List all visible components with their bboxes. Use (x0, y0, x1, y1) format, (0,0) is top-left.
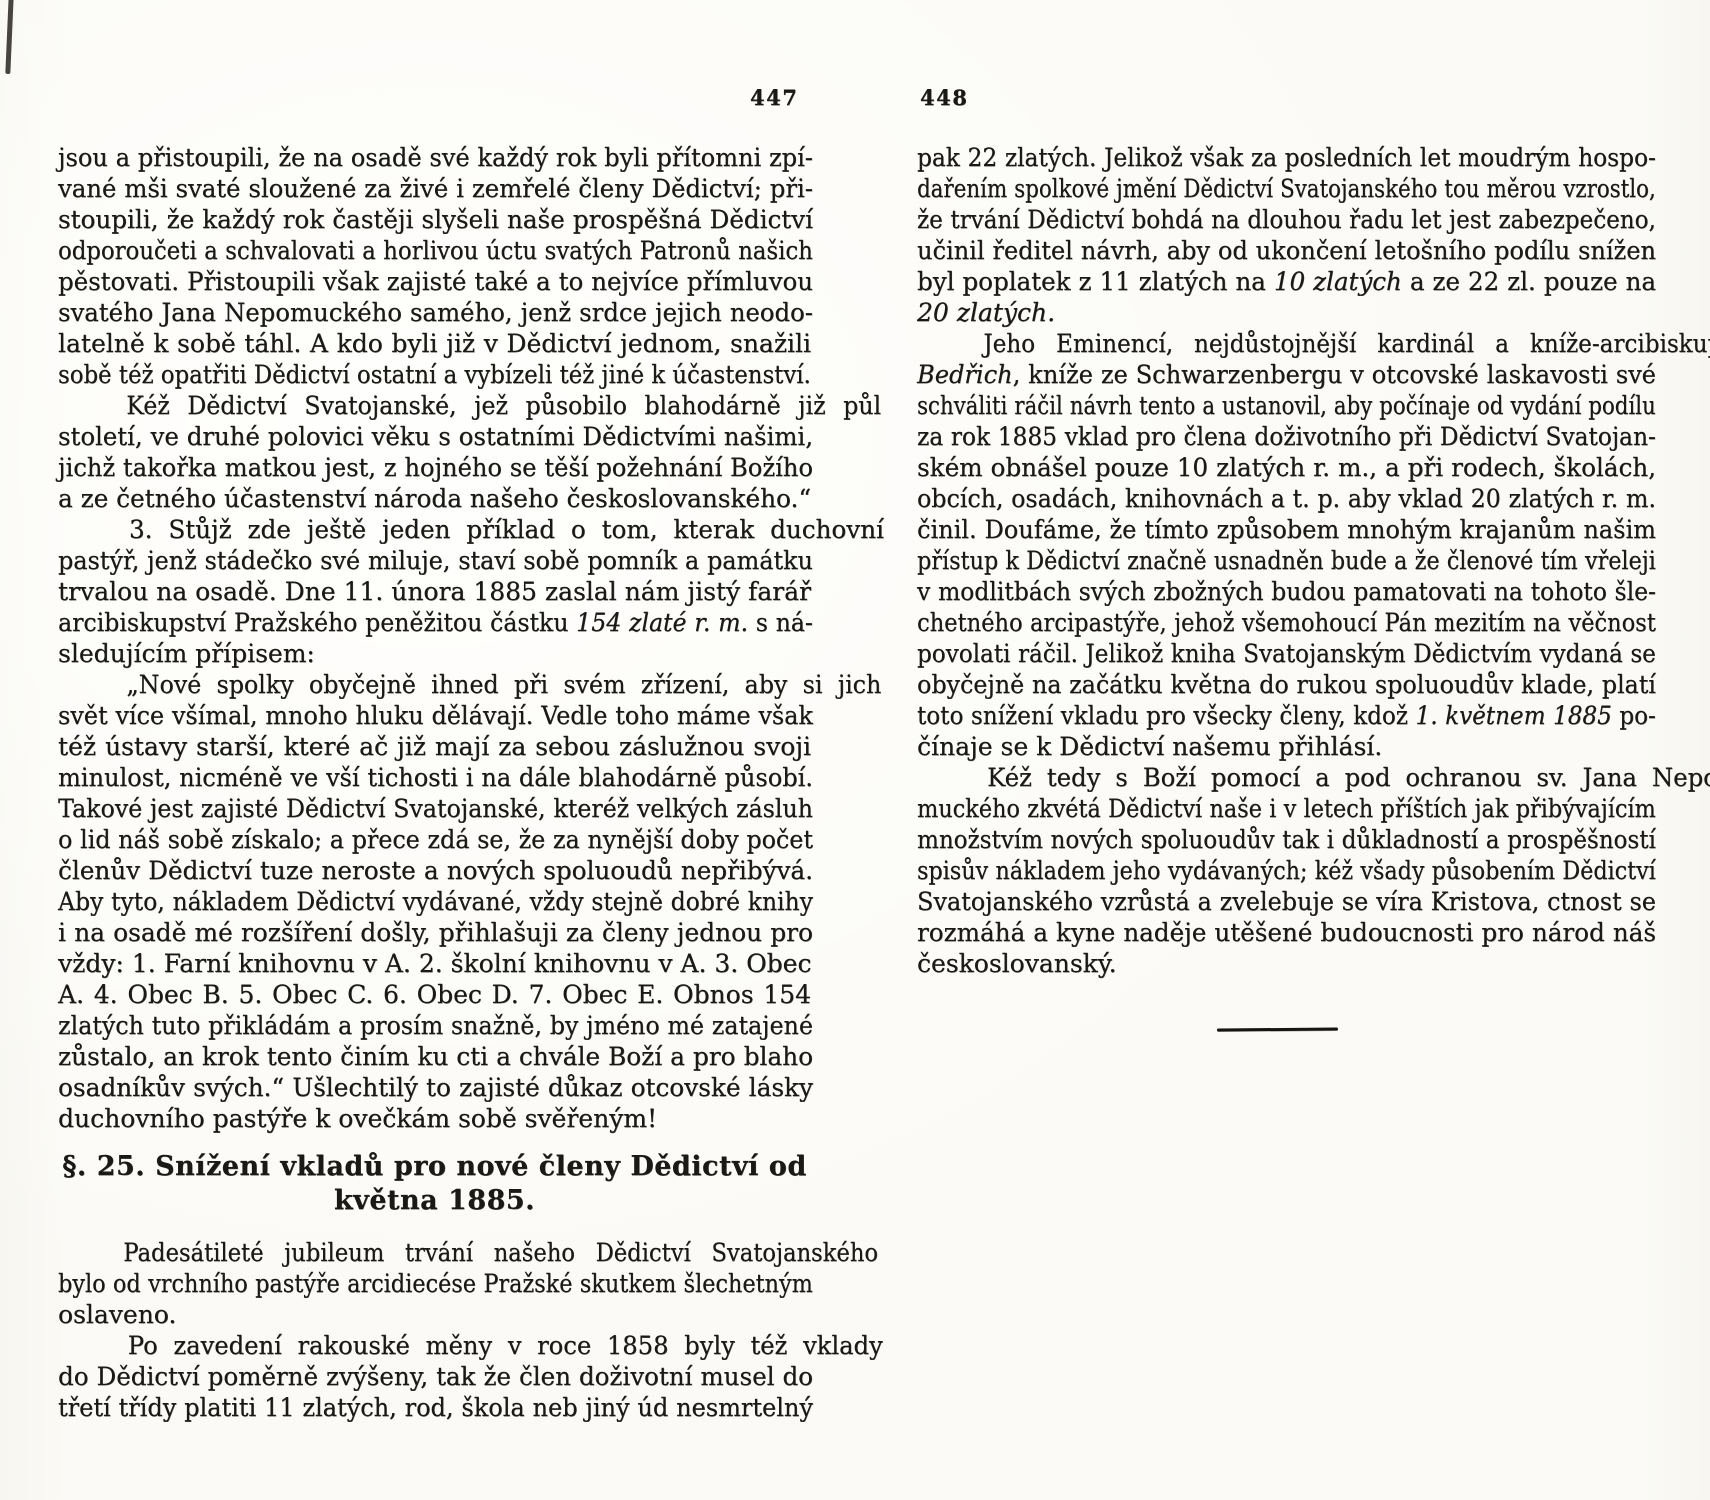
text-segment: spisův nákladem jeho vydávaných; kéž vša… (917, 856, 1656, 885)
text-line: pěstovati. Přistoupili však zajisté také… (58, 266, 813, 297)
text-segment: minulost, nicméně ve vší tichosti i na d… (58, 763, 813, 792)
text-line: zůstalo, an krok tento činím ku cti a ch… (58, 1041, 813, 1072)
text-line: spisův nákladem jeho vydávaných; kéž vša… (917, 855, 1656, 886)
text-segment: Kéž Dědictví Svatojanské, jež působilo b… (126, 391, 881, 420)
text-segment: chetného arcipastýře, jehož všemohoucí P… (917, 608, 1656, 637)
text-line: zlatých tuto přikládám a prosím snažně, … (58, 1010, 813, 1041)
text-line: latelně k sobě táhl. A kdo byli již v Dě… (58, 328, 811, 359)
text-line: třetí třídy platiti 11 zlatých, rod, ško… (58, 1392, 813, 1423)
text-line: „Nové spolky obyčejně ihned při svém zří… (58, 669, 881, 700)
text-segment: přístup k Dědictví značně usnadněn bude … (917, 546, 1656, 575)
text-line: Svatojanského vzrůstá a zvelebuje se vír… (917, 886, 1656, 917)
text-line: května 1885. (58, 1184, 811, 1218)
italic-text-segment: 1. květnem 1885 (1416, 701, 1612, 730)
text-segment: trvalou na osadě. Dne 11. února 1885 zas… (58, 577, 811, 606)
page-left-text-column: jsou a přistoupili, že na osadě své každ… (58, 142, 811, 1423)
text-line: rozmáhá a kyne naděje utěšené budoucnost… (917, 917, 1656, 948)
text-segment: v modlitbách svých zbožných budou pamato… (917, 577, 1656, 606)
text-segment: ském obnášel pouze 10 zlatých r. m., a p… (917, 453, 1656, 482)
text-line: stoupili, že každý rok častěji slyšeli n… (58, 204, 813, 235)
paragraph: Kéž Dědictví Svatojanské, jež působilo b… (58, 390, 811, 514)
text-segment: českoslovanský. (917, 949, 1117, 978)
text-line: i na osadě mé rozšíření došly, přihlašuj… (58, 917, 813, 948)
text-segment: vždy: 1. Farní knihovnu v A. 2. školní k… (58, 949, 811, 978)
text-line: toto snížení vkladu pro všecky členy, kd… (917, 700, 1656, 731)
scan-edge-artifact (5, 0, 13, 74)
text-segment: A. 4. Obec B. 5. Obec C. 6. Obec D. 7. O… (58, 980, 811, 1009)
paragraph: 3. Stůjž zde ještě jeden příklad o tom, … (58, 514, 811, 669)
text-line: povolati ráčil. Jelikož kniha Svatojansk… (917, 638, 1656, 669)
text-line: chetného arcipastýře, jehož všemohoucí P… (917, 607, 1656, 638)
page-right-text-column: pak 22 zlatých. Jelikož však za poslední… (917, 142, 1654, 1031)
text-segment: třetí třídy platiti 11 zlatých, rod, ško… (58, 1393, 813, 1422)
text-segment: rozmáhá a kyne naděje utěšené budoucnost… (917, 918, 1656, 947)
text-segment: povolati ráčil. Jelikož kniha Svatojansk… (917, 639, 1656, 668)
text-segment: osadníkův svých.“ Ušlechtilý to zajisté … (58, 1073, 813, 1102)
paragraph: jsou a přistoupili, že na osadě své každ… (58, 142, 811, 390)
text-line: obcích, osadách, knihovnách a t. p. aby … (917, 483, 1656, 514)
text-segment: latelně k sobě táhl. A kdo byli již v Dě… (58, 329, 811, 358)
paragraph: Jeho Eminencí, nejdůstojnější kardinál a… (917, 328, 1654, 762)
text-segment: Padesátileté jubileum trvání našeho Dědi… (123, 1238, 878, 1267)
text-segment: Jeho Eminencí, nejdůstojnější kardinál a… (983, 329, 1710, 358)
text-segment: oslaveno. (58, 1300, 176, 1329)
text-line: též ústavy starší, které ač již mají za … (58, 731, 811, 762)
text-segment: Kéž tedy s Boží pomocí a pod ochranou sv… (987, 763, 1710, 792)
text-segment: Po zavedení rakouské měny v roce 1858 by… (128, 1331, 883, 1360)
text-line: množstvím nových spoluoudův tak i důklad… (917, 824, 1656, 855)
text-segment: do Dědictví poměrně zvýšeny, tak že člen… (58, 1362, 813, 1391)
text-line: schváliti ráčil návrh tento a ustanovil,… (917, 390, 1656, 421)
text-line: minulost, nicméně ve vší tichosti i na d… (58, 762, 813, 793)
text-line: Po zavedení rakouské měny v roce 1858 by… (58, 1330, 883, 1361)
text-segment: čínaje se k Dědictví našemu přihlásí. (917, 732, 1382, 761)
text-line: Jeho Eminencí, nejdůstojnější kardinál a… (917, 328, 1710, 359)
text-line: ském obnášel pouze 10 zlatých r. m., a p… (917, 452, 1656, 483)
text-line: dařením spolkové jmění Dědictví Svatojan… (917, 173, 1656, 204)
text-line: vané mši svaté sloužené za živé i zemřel… (58, 173, 813, 204)
text-line: českoslovanský. (917, 948, 1654, 979)
text-segment: jichž takořka matkou jest, z hojného se … (58, 453, 813, 482)
text-segment: i na osadě mé rozšíření došly, přihlašuj… (58, 918, 813, 947)
text-line: Kéž tedy s Boží pomocí a pod ochranou sv… (917, 762, 1710, 793)
text-line: učinil ředitel návrh, aby od ukončení le… (917, 235, 1656, 266)
text-line: osadníkův svých.“ Ušlechtilý to zajisté … (58, 1072, 813, 1103)
text-segment: muckého zkvétá Dědictví naše i v letech … (917, 794, 1656, 823)
text-segment: odporoučeti a schvalovati a horlivou úct… (58, 236, 813, 265)
text-line: obyčejně na začátku května do rukou spol… (917, 669, 1656, 700)
text-segment: jsou a přistoupili, že na osadě své každ… (58, 143, 813, 172)
text-segment: o lid náš sobě získalo; a přece zdá se, … (58, 825, 813, 854)
section-end-rule (1217, 1027, 1338, 1031)
text-line: duchovního pastýře k ovečkám sobě svěřen… (58, 1103, 811, 1134)
text-line: 3. Stůjž zde ještě jeden příklad o tom, … (58, 514, 884, 545)
page-number-left: 447 (750, 85, 798, 110)
paragraph: Po zavedení rakouské měny v roce 1858 by… (58, 1330, 811, 1423)
text-line: Aby tyto, nákladem Dědictví vydávané, vž… (58, 886, 813, 917)
text-segment: za rok 1885 vklad pro člena doživotního … (917, 422, 1656, 451)
text-segment: svatého Jana Nepomuckého samého, jenž sr… (58, 298, 813, 327)
text-line: bylo od vrchního pastýře arcidiecése Pra… (58, 1268, 813, 1299)
text-segment: vané mši svaté sloužené za živé i zemřel… (58, 174, 813, 203)
text-line: arcibiskupství Pražského peněžitou částk… (58, 607, 813, 638)
text-segment: učinil ředitel návrh, aby od ukončení le… (917, 236, 1656, 265)
text-segment: duchovního pastýře k ovečkám sobě svěřen… (58, 1104, 657, 1133)
text-line: jichž takořka matkou jest, z hojného se … (58, 452, 813, 483)
text-segment: pak 22 zlatých. Jelikož však za poslední… (917, 143, 1656, 172)
text-segment: pěstovati. Přistoupili však zajisté také… (58, 267, 813, 296)
text-segment: schváliti ráčil návrh tento a ustanovil,… (917, 391, 1656, 420)
text-segment: množstvím nových spoluoudův tak i důklad… (917, 825, 1656, 854)
text-line: pak 22 zlatých. Jelikož však za poslední… (917, 142, 1656, 173)
text-line: v modlitbách svých zbožných budou pamato… (917, 576, 1656, 607)
text-line: za rok 1885 vklad pro člena doživotního … (917, 421, 1656, 452)
text-line: sledujícím přípisem: (58, 638, 811, 669)
italic-text-segment: 20 zlatých. (917, 298, 1055, 327)
text-line: vždy: 1. Farní knihovnu v A. 2. školní k… (58, 948, 811, 979)
text-segment: sobě též opatřiti Dědictví ostatní a vyb… (58, 360, 811, 389)
text-line: 20 zlatých. (917, 297, 1654, 328)
text-line: svatého Jana Nepomuckého samého, jenž sr… (58, 297, 813, 328)
text-line: byl poplatek z 11 zlatých na 10 zlatých … (917, 266, 1656, 297)
text-segment: Aby tyto, nákladem Dědictví vydávané, vž… (58, 887, 813, 916)
italic-text-segment: 154 zlaté r. m. (576, 608, 748, 637)
text-line: století, ve druhé polovici věku s ostatn… (58, 421, 813, 452)
text-segment: 3. Stůjž zde ještě jeden příklad o tom, … (129, 515, 884, 544)
text-line: jsou a přistoupili, že na osadě své každ… (58, 142, 813, 173)
text-line: §. 25. Snížení vkladů pro nové členy Děd… (58, 1150, 811, 1184)
text-segment: obcích, osadách, knihovnách a t. p. aby … (917, 484, 1656, 513)
text-segment: stoupili, že každý rok častěji slyšeli n… (58, 205, 813, 234)
text-line: že trvání Dědictví bohdá na dlouhou řadu… (917, 204, 1656, 235)
section-heading: §. 25. Snížení vkladů pro nové členy Děd… (58, 1150, 811, 1218)
text-segment: pastýř, jenž stádečko své miluje, staví … (58, 546, 813, 575)
paragraph: Padesátileté jubileum trvání našeho Dědi… (58, 1237, 811, 1330)
text-segment: s ná- (748, 608, 813, 637)
text-segment: Svatojanského vzrůstá a zvelebuje se vír… (917, 887, 1656, 916)
text-segment: , kníže ze Schwarzenbergu v otcovské las… (1013, 360, 1656, 389)
text-line: činil. Doufáme, že tímto způsobem mnohým… (917, 514, 1656, 545)
text-segment: Takové jest zajisté Dědictví Svatojanské… (58, 794, 813, 823)
text-segment: arcibiskupství Pražského peněžitou částk… (58, 608, 576, 637)
text-segment: obyčejně na začátku května do rukou spol… (917, 670, 1656, 699)
text-line: Takové jest zajisté Dědictví Svatojanské… (58, 793, 813, 824)
text-segment: zůstalo, an krok tento činím ku cti a ch… (58, 1042, 813, 1071)
text-line: svět více všímal, mnoho hluku dělávají. … (58, 700, 813, 731)
italic-text-segment: 10 zlatých (1274, 267, 1402, 296)
text-line: trvalou na osadě. Dne 11. února 1885 zas… (58, 576, 811, 607)
text-segment: byl poplatek z 11 zlatých na (917, 267, 1274, 296)
text-segment: století, ve druhé polovici věku s ostatn… (58, 422, 813, 451)
text-line: Padesátileté jubileum trvání našeho Dědi… (58, 1237, 878, 1268)
text-segment: členův Dědictví tuze neroste a nových sp… (58, 856, 813, 885)
paragraph: pak 22 zlatých. Jelikož však za poslední… (917, 142, 1654, 328)
text-segment: a ze 22 zl. pouze na (1402, 267, 1656, 296)
text-segment: a ze četného účastenství národa našeho č… (58, 484, 811, 513)
paragraph: „Nové spolky obyčejně ihned při svém zří… (58, 669, 811, 1134)
text-line: členův Dědictví tuze neroste a nových sp… (58, 855, 813, 886)
text-line: A. 4. Obec B. 5. Obec C. 6. Obec D. 7. O… (58, 979, 811, 1010)
text-line: o lid náš sobě získalo; a přece zdá se, … (58, 824, 813, 855)
text-segment: zlatých tuto přikládám a prosím snažně, … (58, 1011, 813, 1040)
text-segment: „Nové spolky obyčejně ihned při svém zří… (126, 670, 881, 699)
text-line: muckého zkvétá Dědictví naše i v letech … (917, 793, 1656, 824)
text-line: sobě též opatřiti Dědictví ostatní a vyb… (58, 359, 813, 390)
text-segment: svět více všímal, mnoho hluku dělávají. … (58, 701, 813, 730)
text-line: přístup k Dědictví značně usnadněn bude … (917, 545, 1656, 576)
text-segment: dařením spolkové jmění Dědictví Svatojan… (917, 174, 1656, 203)
text-segment: činil. Doufáme, že tímto způsobem mnohým… (917, 515, 1656, 544)
text-segment: toto snížení vkladu pro všecky členy, kd… (917, 701, 1416, 730)
text-line: pastýř, jenž stádečko své miluje, staví … (58, 545, 813, 576)
text-segment: sledujícím přípisem: (58, 639, 315, 668)
italic-text-segment: Bedřich (917, 360, 1013, 389)
text-segment: května 1885. (334, 1185, 535, 1216)
text-line: čínaje se k Dědictví našemu přihlásí. (917, 731, 1654, 762)
text-line: oslaveno. (58, 1299, 811, 1330)
page-number-right: 448 (920, 85, 968, 110)
text-line: odporoučeti a schvalovati a horlivou úct… (58, 235, 813, 266)
text-segment: bylo od vrchního pastýře arcidiecése Pra… (58, 1269, 813, 1298)
text-segment: po- (1612, 701, 1656, 730)
text-segment: též ústavy starší, které ač již mají za … (58, 732, 811, 761)
text-line: Kéž Dědictví Svatojanské, jež působilo b… (58, 390, 881, 421)
paragraph: Kéž tedy s Boží pomocí a pod ochranou sv… (917, 762, 1654, 979)
text-segment: že trvání Dědictví bohdá na dlouhou řadu… (917, 205, 1656, 234)
text-segment: §. 25. Snížení vkladů pro nové členy Děd… (62, 1151, 806, 1182)
text-line: do Dědictví poměrně zvýšeny, tak že člen… (58, 1361, 813, 1392)
text-line: a ze četného účastenství národa našeho č… (58, 483, 813, 514)
text-line: Bedřich, kníže ze Schwarzenbergu v otcov… (917, 359, 1656, 390)
